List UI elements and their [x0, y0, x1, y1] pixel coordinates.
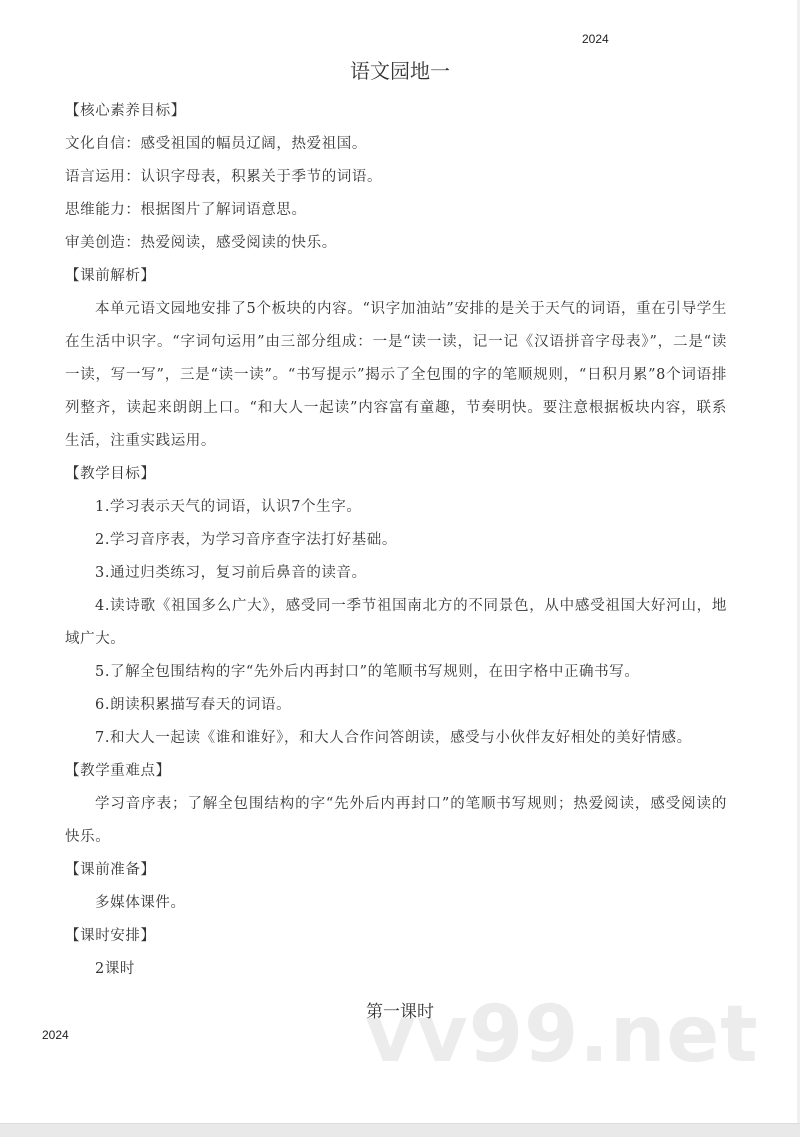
- footer-year: 2024: [42, 1028, 69, 1042]
- key-points-paragraph: 学习音序表；了解全包围结构的字“先外后内再封口”的笔顺书写规则；热爱阅读，感受阅…: [65, 788, 727, 854]
- section-heading-key-points: 【教学重难点】: [65, 755, 727, 788]
- core-goal-item: 语言运用：认识字母表，积累关于季节的词语。: [65, 161, 727, 194]
- core-goal-item: 审美创造：热爱阅读，感受阅读的快乐。: [65, 227, 727, 260]
- section-heading-analysis: 【课前解析】: [65, 260, 727, 293]
- core-goal-item: 思维能力：根据图片了解词语意思。: [65, 194, 727, 227]
- lesson-title: 第一课时: [0, 997, 800, 1022]
- analysis-paragraph: 本单元语文园地安排了5个板块的内容。“识字加油站”安排的是关于天气的词语，重在引…: [65, 293, 727, 458]
- document-page: 2024 语文园地一 【核心素养目标】 文化自信：感受祖国的幅员辽阔，热爱祖国。…: [0, 0, 800, 1128]
- teaching-goal-item: 7.和大人一起读《谁和谁好》，和大人合作问答朗读，感受与小伙伴友好相处的美好情感…: [65, 722, 727, 755]
- header-year: 2024: [582, 32, 609, 46]
- page-title: 语文园地一: [0, 55, 800, 84]
- teaching-goal-item: 3.通过归类练习，复习前后鼻音的读音。: [65, 557, 727, 590]
- teaching-goal-item: 2.学习音序表，为学习音序查字法打好基础。: [65, 524, 727, 557]
- section-heading-schedule: 【课时安排】: [65, 920, 727, 953]
- teaching-goal-item: 4.读诗歌《祖国多么广大》，感受同一季节祖国南北方的不同景色，从中感受祖国大好河…: [65, 590, 727, 656]
- schedule-text: 2课时: [65, 953, 727, 986]
- section-heading-preparation: 【课前准备】: [65, 854, 727, 887]
- core-goal-item: 文化自信：感受祖国的幅员辽阔，热爱祖国。: [65, 128, 727, 161]
- page-gap-bar: [0, 1123, 800, 1137]
- section-heading-core-goals: 【核心素养目标】: [65, 95, 727, 128]
- teaching-goal-item: 6.朗读积累描写春天的词语。: [65, 689, 727, 722]
- section-heading-teaching-goals: 【教学目标】: [65, 458, 727, 491]
- document-body: 【核心素养目标】 文化自信：感受祖国的幅员辽阔，热爱祖国。 语言运用：认识字母表…: [65, 95, 727, 986]
- teaching-goal-item: 1.学习表示天气的词语，认识7个生字。: [65, 491, 727, 524]
- teaching-goal-item: 5.了解全包围结构的字“先外后内再封口”的笔顺书写规则，在田字格中正确书写。: [65, 656, 727, 689]
- preparation-text: 多媒体课件。: [65, 887, 727, 920]
